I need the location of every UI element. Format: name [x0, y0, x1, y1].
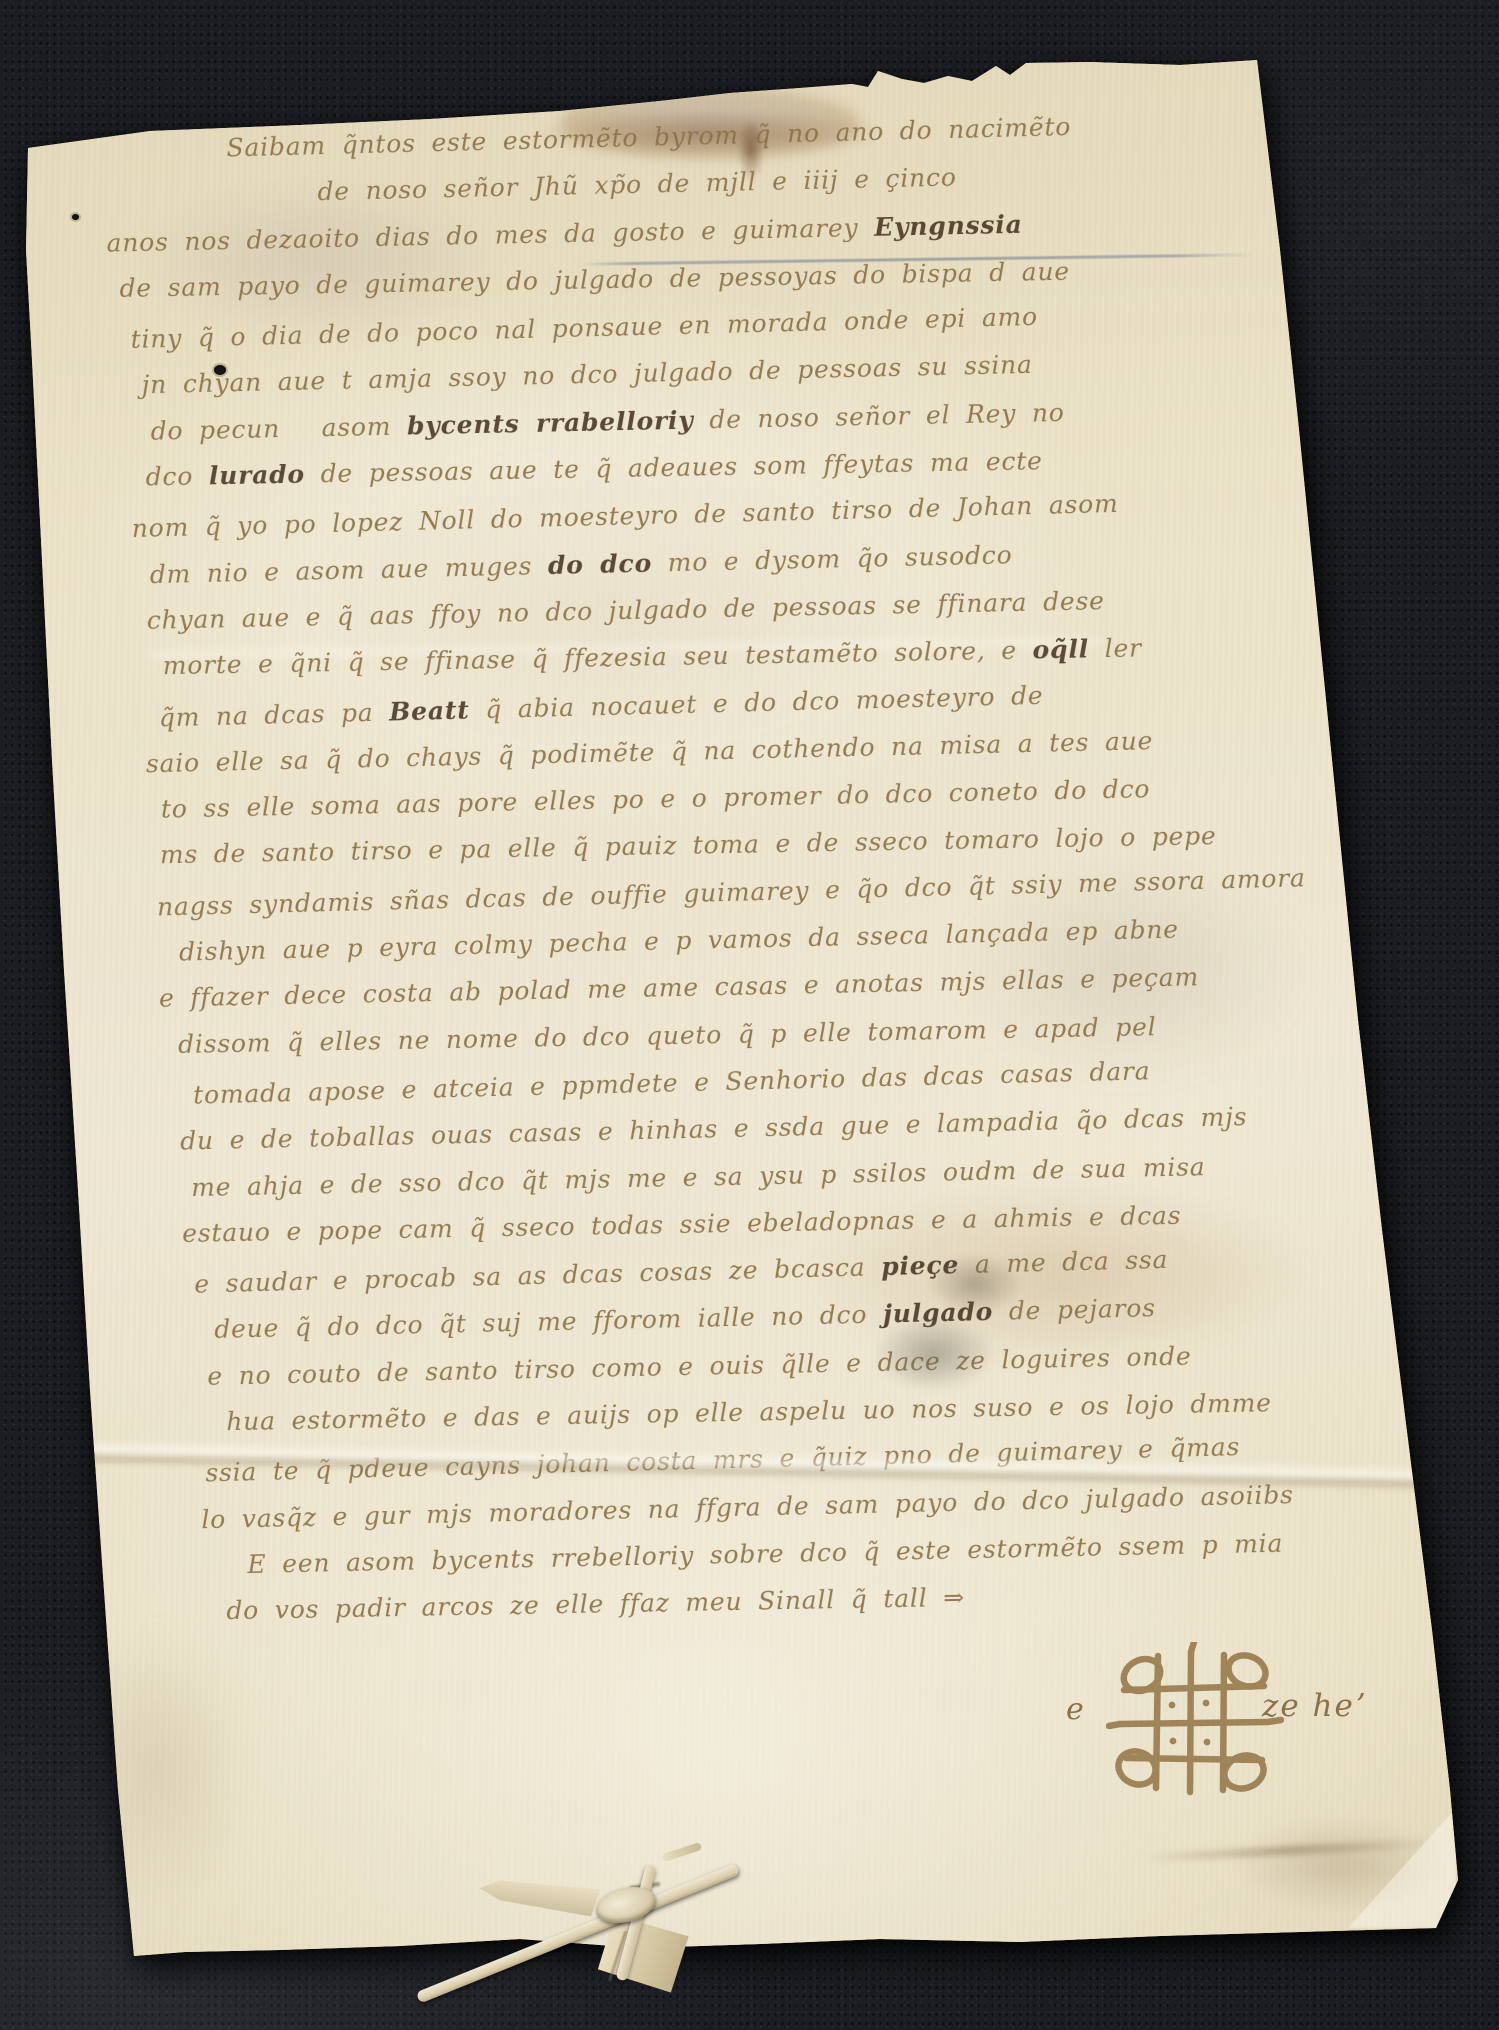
- notarial-sign-icon: [1106, 1642, 1284, 1804]
- ink-text: deue q̃ do dco q̃t suj me fforom ialle n…: [214, 1300, 883, 1344]
- worm-hole: [72, 214, 79, 220]
- parchment-shadow-wrapper: Saibam q̃ntos este estormẽto byrom q̃ n…: [0, 0, 1499, 2030]
- ink-text: morte e q̃ni q̃ se ffinase q̃ ffezesia s…: [163, 636, 1033, 681]
- retraced-ink-word: do dco: [548, 548, 653, 579]
- retraced-ink-word: oq̃ll: [1032, 635, 1089, 665]
- retraced-ink-word: Eyngnssia: [874, 209, 1023, 241]
- ink-text: do pecun asom: [150, 411, 407, 445]
- ink-text: do vos padir arcos ze elle ffaz meu Sina…: [226, 1583, 965, 1625]
- ink-text: de noso señor Jhũ xp̃o de mjll e iiij …: [317, 163, 957, 207]
- fold-shadow-bottom-right: [1140, 1838, 1440, 1863]
- sign-caption-left: e: [1066, 1692, 1084, 1727]
- manuscript-text: Saibam q̃ntos este estormẽto byrom q̃ n…: [76, 99, 1369, 1640]
- corner-fold-bottom-right: [1348, 1808, 1456, 1928]
- ink-text: dco: [145, 461, 209, 491]
- ink-text: de pessoas aue te q̃ adeaues som ffeytas…: [305, 446, 1043, 488]
- worm-hole: [214, 365, 226, 375]
- ink-text: e saudar e procab sa as dcas cosas ze bc…: [194, 1252, 882, 1298]
- stain-bottom-left-grime: [60, 1630, 250, 1900]
- retraced-ink-word: Beatt: [389, 695, 470, 726]
- sign-caption-right: ze heʼ: [1262, 1688, 1367, 1724]
- photo-background: Saibam q̃ntos este estormẽto byrom q̃ n…: [0, 0, 1499, 2030]
- ink-text: de pejaros: [993, 1294, 1156, 1327]
- retraced-ink-word: lurado: [209, 460, 306, 491]
- ink-text: a me dca ssa: [959, 1245, 1169, 1279]
- retraced-ink-word: bycents rrabelloriy: [407, 405, 694, 440]
- retraced-ink-word: julgado: [883, 1297, 994, 1329]
- ink-text: q̃m na dcas pa: [159, 697, 390, 732]
- ink-text: de noso señor el Rey no: [693, 398, 1065, 435]
- parchment-sheet: Saibam q̃ntos este estormẽto byrom q̃ n…: [0, 0, 1499, 2030]
- ink-text: q̃ abia nocauet e do dco moesteyro de: [469, 680, 1044, 724]
- ink-text: mo e dysom q̃o susodco: [652, 540, 1013, 577]
- ink-text: dm nio e asom aue muges: [149, 551, 548, 589]
- ink-text: anos nos dezaoito dias do mes da gosto e…: [106, 212, 874, 257]
- ink-text: ler: [1089, 634, 1142, 664]
- retraced-ink-word: pieçe: [881, 1250, 960, 1281]
